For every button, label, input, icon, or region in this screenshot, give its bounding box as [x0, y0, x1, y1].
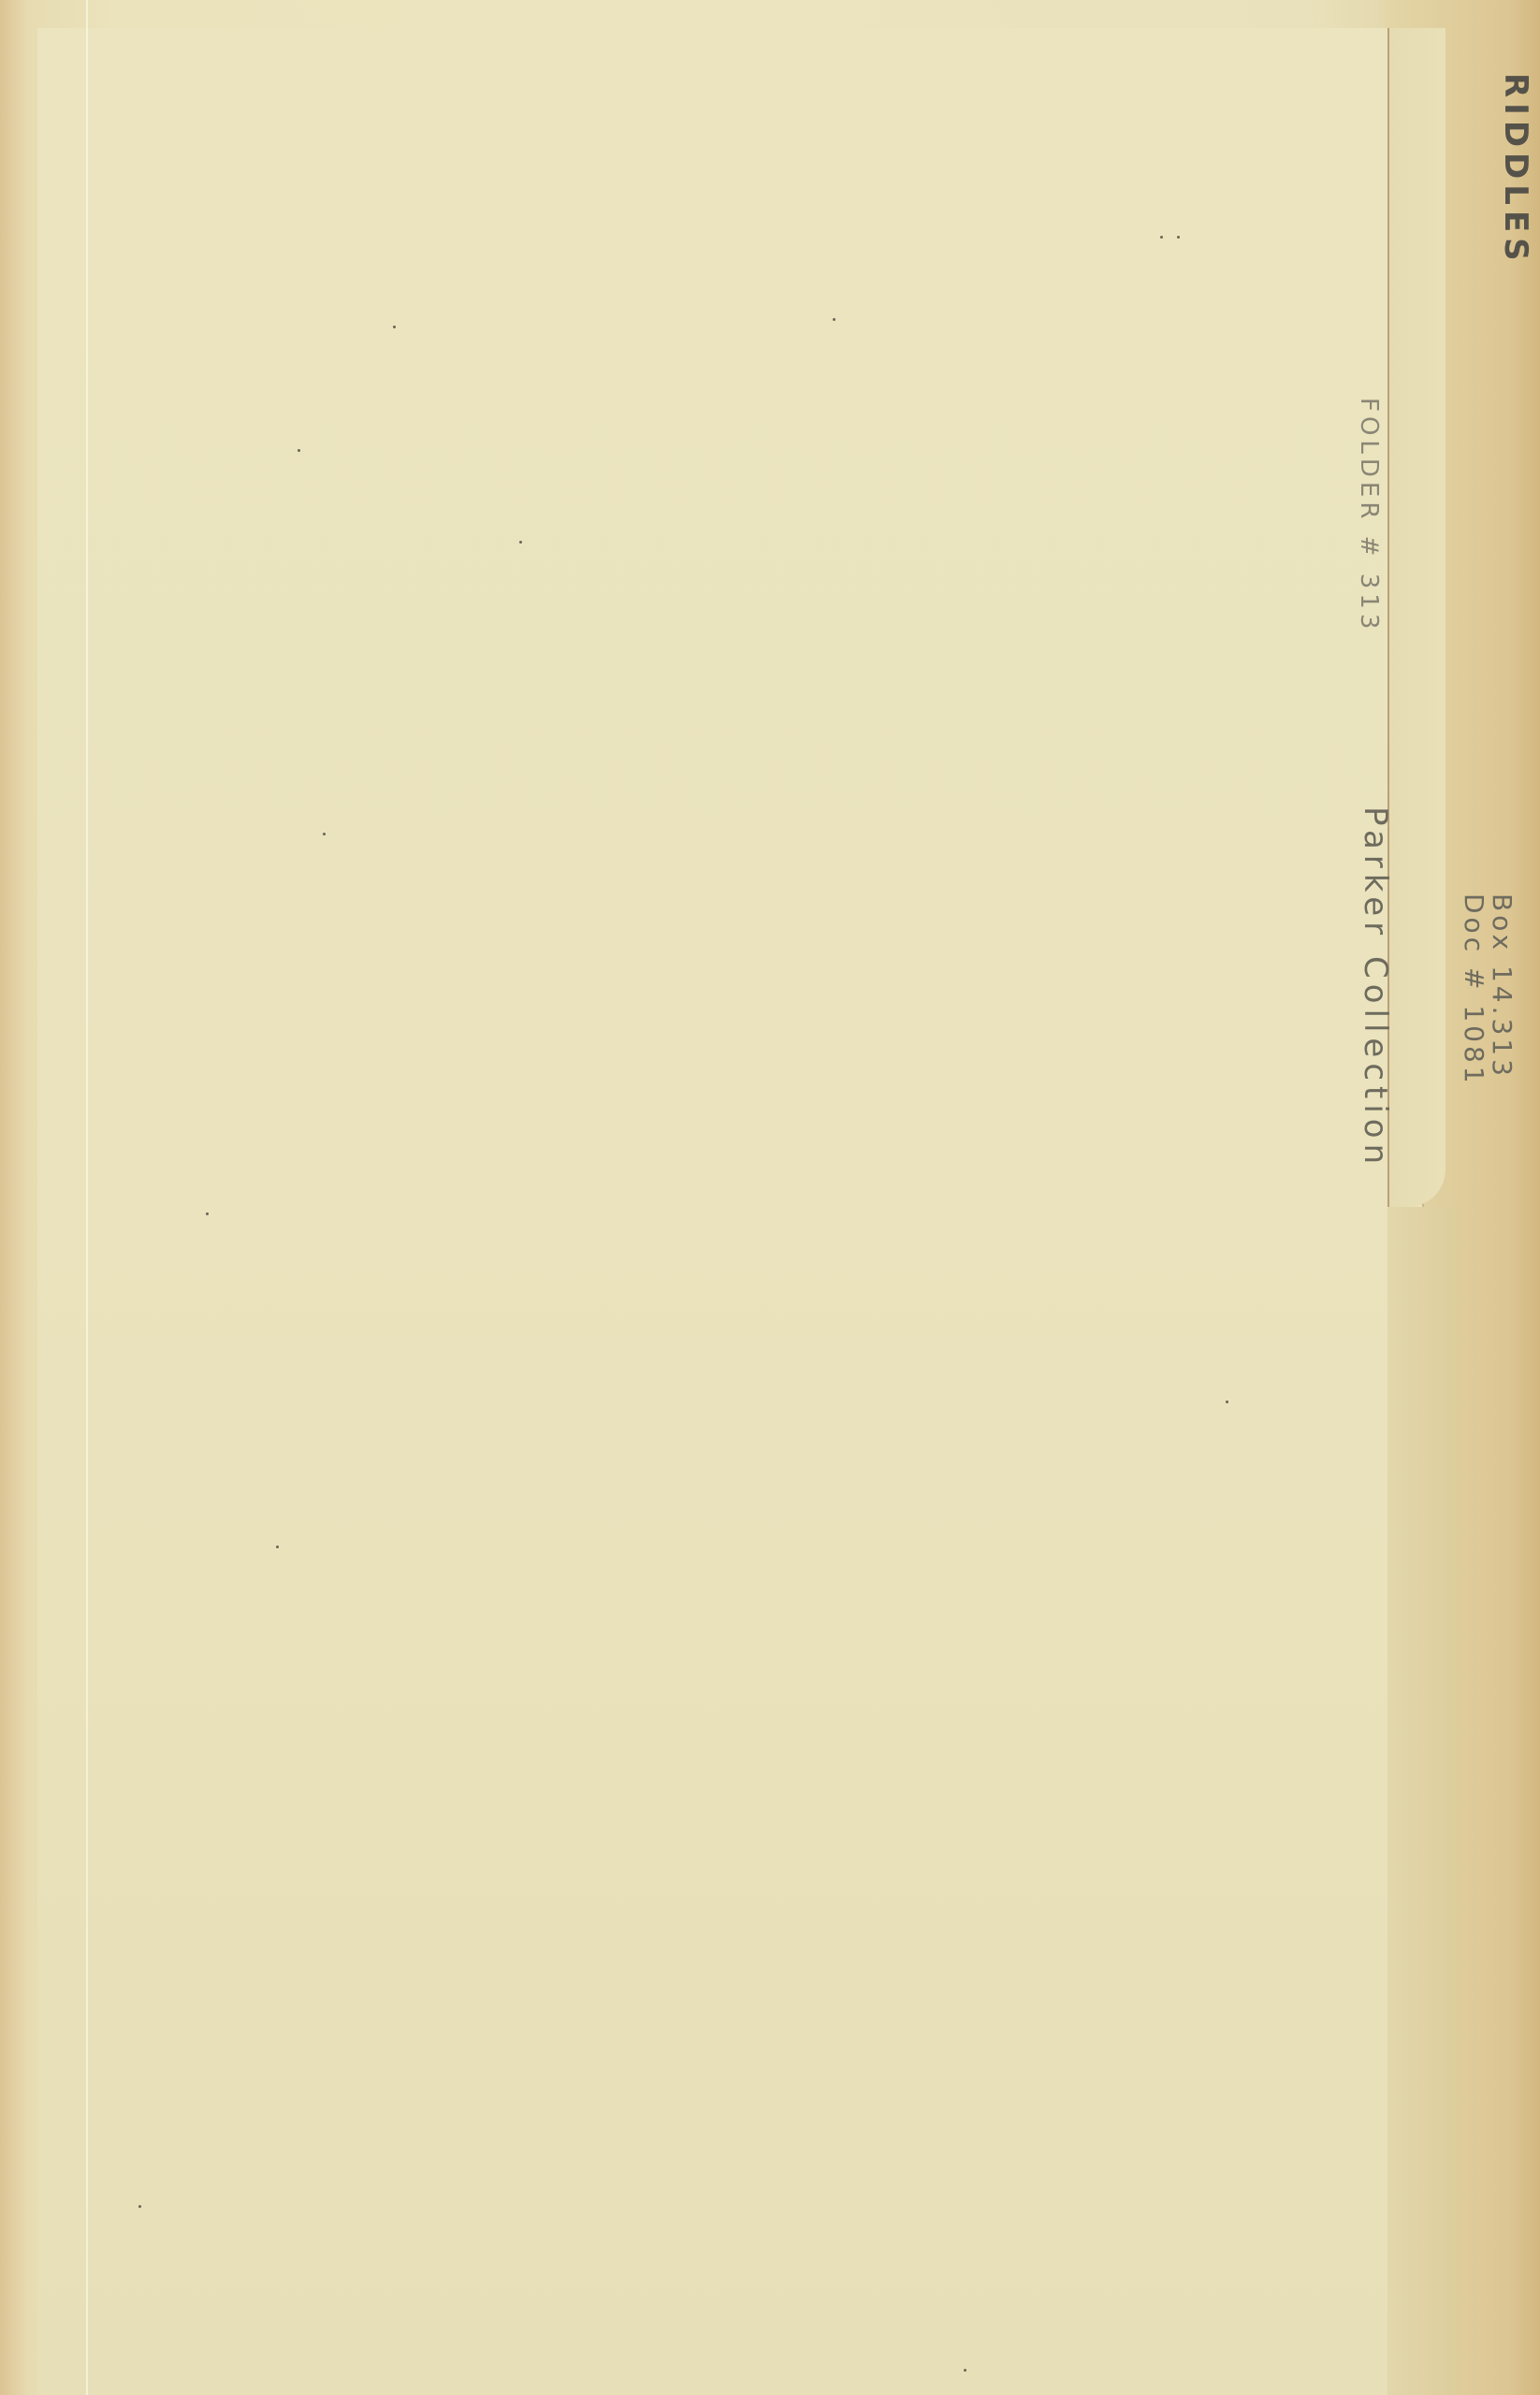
- paper-speck: [276, 1546, 279, 1548]
- paper-speck: [393, 326, 396, 328]
- folder-lower-edge: [1387, 1207, 1458, 2395]
- paper-speck: [519, 541, 522, 544]
- doc-reference-note: Doc # 1081: [1459, 893, 1489, 1087]
- paper-speck: [1226, 1401, 1228, 1403]
- paper-speck: [206, 1212, 209, 1215]
- paper-speck: [1160, 236, 1163, 239]
- paper-speck: [964, 2369, 966, 2372]
- box-reference-note: Box 14.313: [1487, 893, 1518, 1080]
- folder-front-cover: [37, 28, 1424, 2395]
- folder-number-note: FOLDER # 313: [1355, 398, 1383, 633]
- paper-speck: [323, 833, 326, 835]
- folder-crease-line: [86, 0, 88, 2395]
- paper-speck: [833, 318, 835, 321]
- folder-front-tab: [1387, 28, 1446, 1207]
- paper-speck: [298, 449, 300, 452]
- tab-label-riddles: RIDDLES: [1497, 73, 1534, 267]
- paper-speck: [1177, 236, 1180, 239]
- paper-speck: [138, 2205, 141, 2208]
- collection-note: Parker Collection: [1357, 806, 1394, 1169]
